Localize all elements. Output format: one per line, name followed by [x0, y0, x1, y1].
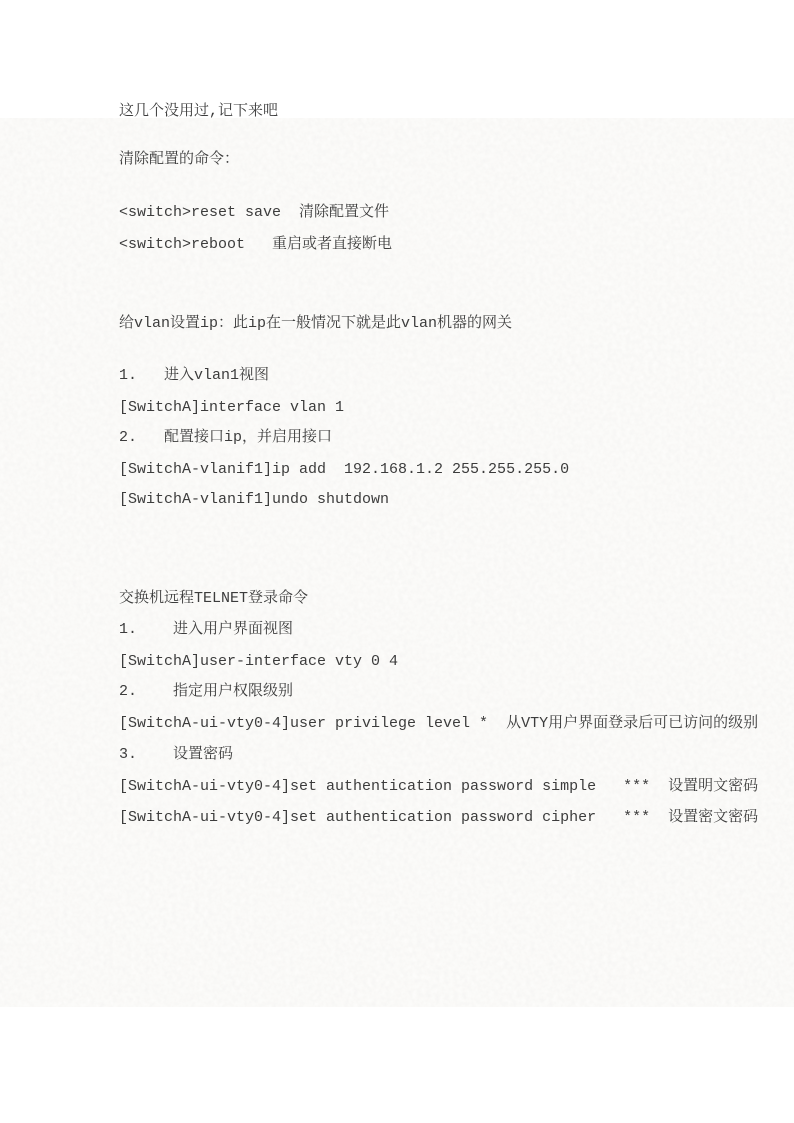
vlan-ip-heading: 给vlan设置ip：此ip在一般情况下就是此vlan机器的网关: [119, 314, 512, 334]
vlan-cmd-interface: [SwitchA]interface vlan 1: [119, 398, 344, 418]
vlan-cmd-ip-add: [SwitchA-vlanif1]ip add 192.168.1.2 255.…: [119, 460, 569, 480]
telnet-step-1: 1. 进入用户界面视图: [119, 620, 293, 640]
cmd-reboot: <switch>reboot 重启或者直接断电: [119, 235, 392, 255]
telnet-step-3: 3. 设置密码: [119, 745, 233, 765]
telnet-cmd-user-interface: [SwitchA]user-interface vty 0 4: [119, 652, 398, 672]
intro-note: 这几个没用过,记下来吧: [119, 102, 278, 122]
vlan-step-1: 1. 进入vlan1视图: [119, 366, 269, 386]
telnet-cmd-pwd-simple: [SwitchA-ui-vty0-4]set authentication pa…: [119, 777, 758, 797]
vlan-cmd-undo-shutdown: [SwitchA-vlanif1]undo shutdown: [119, 490, 389, 510]
cmd-reset-save: <switch>reset save 清除配置文件: [119, 203, 389, 223]
telnet-heading: 交换机远程TELNET登录命令: [119, 589, 308, 609]
telnet-cmd-privilege: [SwitchA-ui-vty0-4]user privilege level …: [119, 714, 758, 734]
telnet-step-2: 2. 指定用户权限级别: [119, 682, 293, 702]
telnet-cmd-pwd-cipher: [SwitchA-ui-vty0-4]set authentication pa…: [119, 808, 758, 828]
vlan-step-2: 2. 配置接口ip，并启用接口: [119, 428, 332, 448]
clear-config-heading: 清除配置的命令：: [119, 150, 239, 170]
document-page: 这几个没用过,记下来吧 清除配置的命令： <switch>reset save …: [0, 0, 794, 1123]
